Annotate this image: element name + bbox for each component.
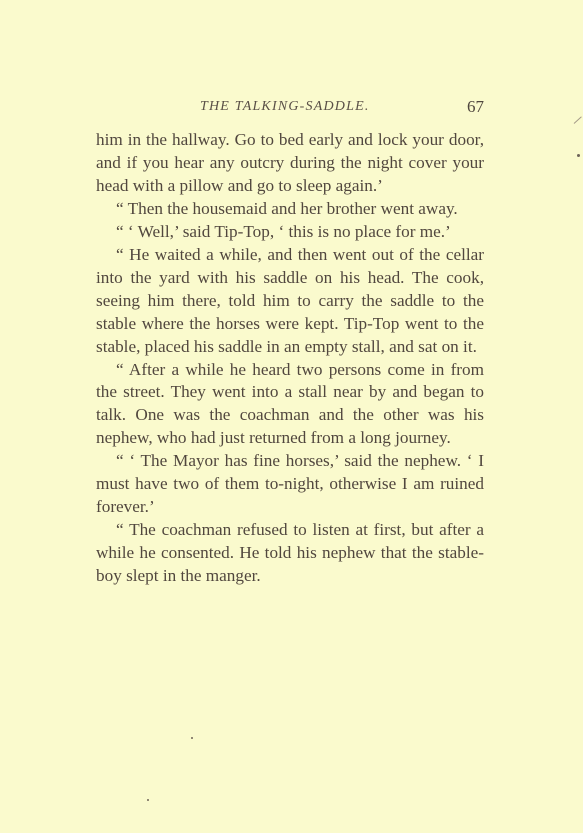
paragraph: “ After a while he heard two persons com…: [96, 359, 484, 451]
paper-speck: [577, 154, 580, 157]
paragraph: him in the hallway. Go to bed early and …: [96, 129, 484, 198]
paper-speck: [147, 799, 149, 801]
running-head: THE TALKING-SADDLE. 67: [96, 99, 484, 121]
paper-speck: [191, 737, 193, 739]
paragraph: “ The coachman refused to listen at firs…: [96, 519, 484, 588]
margin-mark: [574, 116, 582, 123]
page-number: 67: [467, 97, 484, 117]
paper-speck: [471, 411, 472, 412]
book-page: THE TALKING-SADDLE. 67 him in the hallwa…: [0, 0, 583, 833]
running-title: THE TALKING-SADDLE.: [200, 99, 370, 115]
paragraph: “ He waited a while, and then went out o…: [96, 244, 484, 359]
body-text: him in the hallway. Go to bed early and …: [96, 129, 484, 588]
paragraph: “ ‘ Well,’ said Tip-Top, ‘ this is no pl…: [96, 221, 484, 244]
paragraph: “ Then the housemaid and her brother wen…: [96, 198, 484, 221]
paragraph: “ ‘ The Mayor has fine horses,’ said the…: [96, 450, 484, 519]
